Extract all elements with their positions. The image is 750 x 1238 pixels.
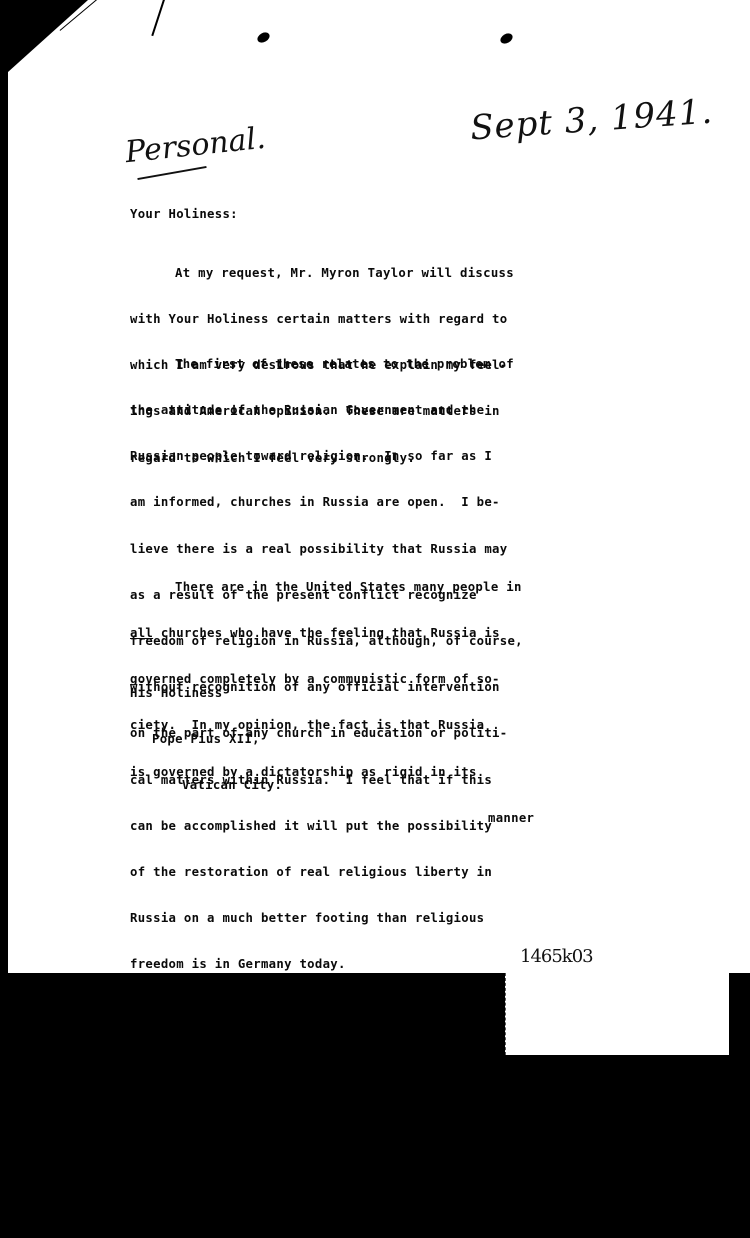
continuation-word: manner: [130, 811, 534, 826]
underlined-word: all: [130, 626, 153, 640]
page-tab-strip: [505, 973, 729, 1055]
paragraph-line: am informed, churches in Russia are open…: [130, 495, 523, 510]
paragraph-line: The first of these relates to the proble…: [130, 357, 523, 372]
salutation: Your Holiness:: [130, 207, 238, 222]
addressee-line-1: His Holiness: [130, 686, 282, 701]
paragraph-line: the attitude of the Russian Government a…: [130, 403, 523, 418]
paragraph-line: freedom is in Germany today.: [130, 957, 523, 972]
paragraph-line: of the restoration of real religious lib…: [130, 865, 523, 880]
paragraph-line: Russian people toward religion. In so fa…: [130, 449, 523, 464]
paragraph-line-rest: churches who have the feeling that Russi…: [153, 626, 500, 640]
paragraph-line: At my request, Mr. Myron Taylor will dis…: [130, 266, 514, 281]
handwritten-reference-number: 1465k03: [520, 946, 593, 967]
addressee-block: His Holiness Pope Pius XII, Vatican City…: [130, 655, 282, 809]
paragraph-line-with-underline: all churches who have the feeling that R…: [130, 626, 534, 641]
addressee-line-2: Pope Pius XII,: [130, 732, 282, 747]
addressee-line-3: Vatican City.: [130, 778, 282, 793]
paragraph-line: Russia on a much better footing than rel…: [130, 911, 523, 926]
paragraph-line: There are in the United States many peop…: [130, 580, 534, 595]
